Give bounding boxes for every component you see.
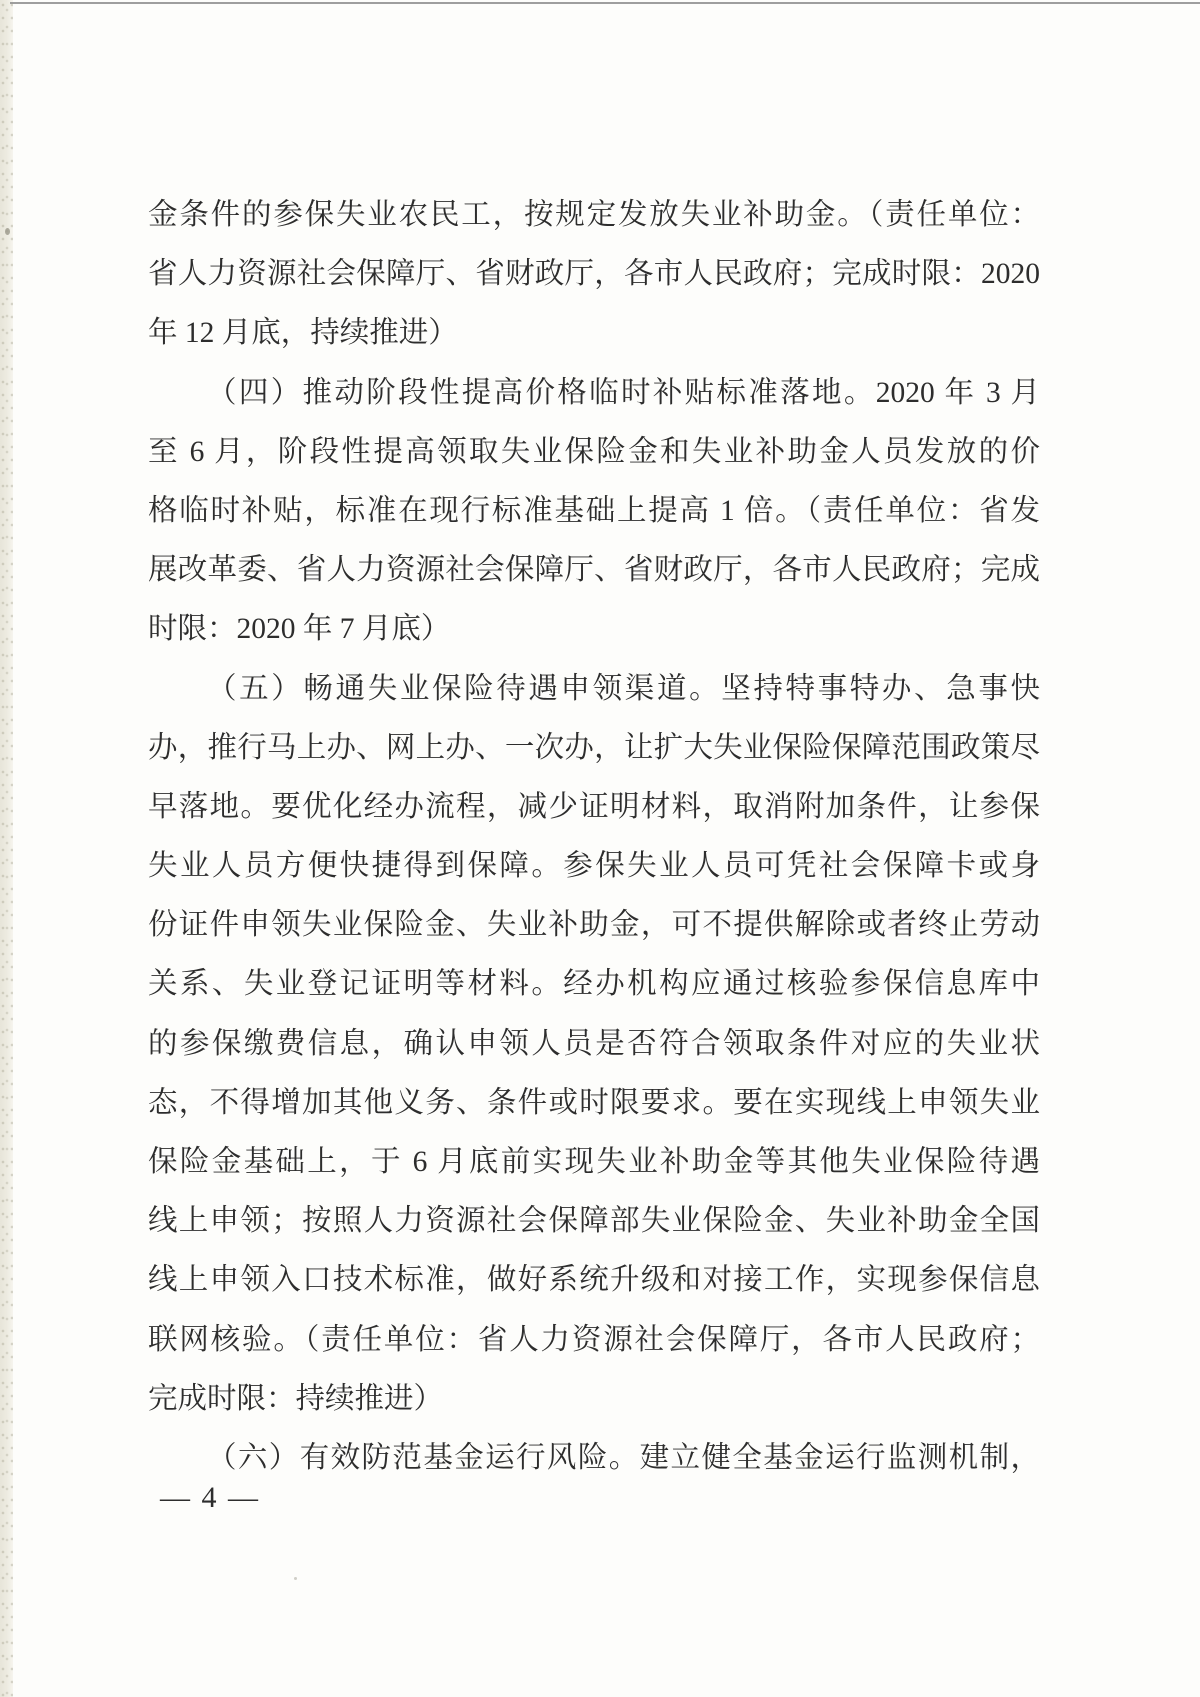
document-line: 办，推行马上办、网上办、一次办，让扩大失业保险保障范围政策尽 [148, 719, 1040, 778]
document-line: 联网核验。（责任单位：省人力资源社会保障厅，各市人民政府； [148, 1311, 1040, 1370]
document-line: 至 6 月，阶段性提高领取失业保险金和失业补助金人员发放的价 [148, 423, 1040, 482]
document-line: 态，不得增加其他义务、条件或时限要求。要在实现线上申领失业 [148, 1074, 1040, 1133]
scan-speck [5, 228, 10, 235]
document-line: 展改革委、省人力资源社会保障厅、省财政厅，各市人民政府；完成 [148, 541, 1040, 600]
document-line: 完成时限：持续推进） [148, 1370, 1040, 1429]
document-line: 年 12 月底，持续推进） [148, 304, 1040, 363]
document-line: 的参保缴费信息，确认申领人员是否符合领取条件对应的失业状 [148, 1015, 1040, 1074]
document-line: 早落地。要优化经办流程，减少证明材料，取消附加条件，让参保 [148, 778, 1040, 837]
document-line: 格临时补贴，标准在现行标准基础上提高 1 倍。（责任单位：省发 [148, 482, 1040, 541]
document-line: （六）有效防范基金运行风险。建立健全基金运行监测机制， [148, 1429, 1040, 1488]
document-line: 失业人员方便快捷得到保障。参保失业人员可凭社会保障卡或身 [148, 837, 1040, 896]
document-line: 时限：2020 年 7 月底） [148, 600, 1040, 659]
scan-speck [294, 1577, 297, 1580]
document-line: 保险金基础上，于 6 月底前实现失业补助金等其他失业保险待遇 [148, 1133, 1040, 1192]
scan-edge-strip [0, 0, 13, 1697]
document-line: 份证件申领失业保险金、失业补助金，可不提供解除或者终止劳动 [148, 896, 1040, 955]
document-page: 金条件的参保失业农民工，按规定发放失业补助金。（责任单位：省人力资源社会保障厅、… [0, 0, 1200, 1697]
document-line: 线上申领；按照人力资源社会保障部失业保险金、失业补助金全国 [148, 1192, 1040, 1251]
document-line: 线上申领入口技术标准，做好系统升级和对接工作，实现参保信息 [148, 1251, 1040, 1310]
scan-top-line [10, 2, 1200, 4]
document-line: 金条件的参保失业农民工，按规定发放失业补助金。（责任单位： [148, 186, 1040, 245]
document-line: （四）推动阶段性提高价格临时补贴标准落地。2020 年 3 月 [148, 364, 1040, 423]
page-number: — 4 — [160, 1478, 260, 1518]
document-body: 金条件的参保失业农民工，按规定发放失业补助金。（责任单位：省人力资源社会保障厅、… [148, 186, 1040, 1488]
document-line: （五）畅通失业保险待遇申领渠道。坚持特事特办、急事快 [148, 660, 1040, 719]
document-line: 关系、失业登记证明等材料。经办机构应通过核验参保信息库中 [148, 955, 1040, 1014]
document-line: 省人力资源社会保障厅、省财政厅，各市人民政府；完成时限：2020 [148, 245, 1040, 304]
